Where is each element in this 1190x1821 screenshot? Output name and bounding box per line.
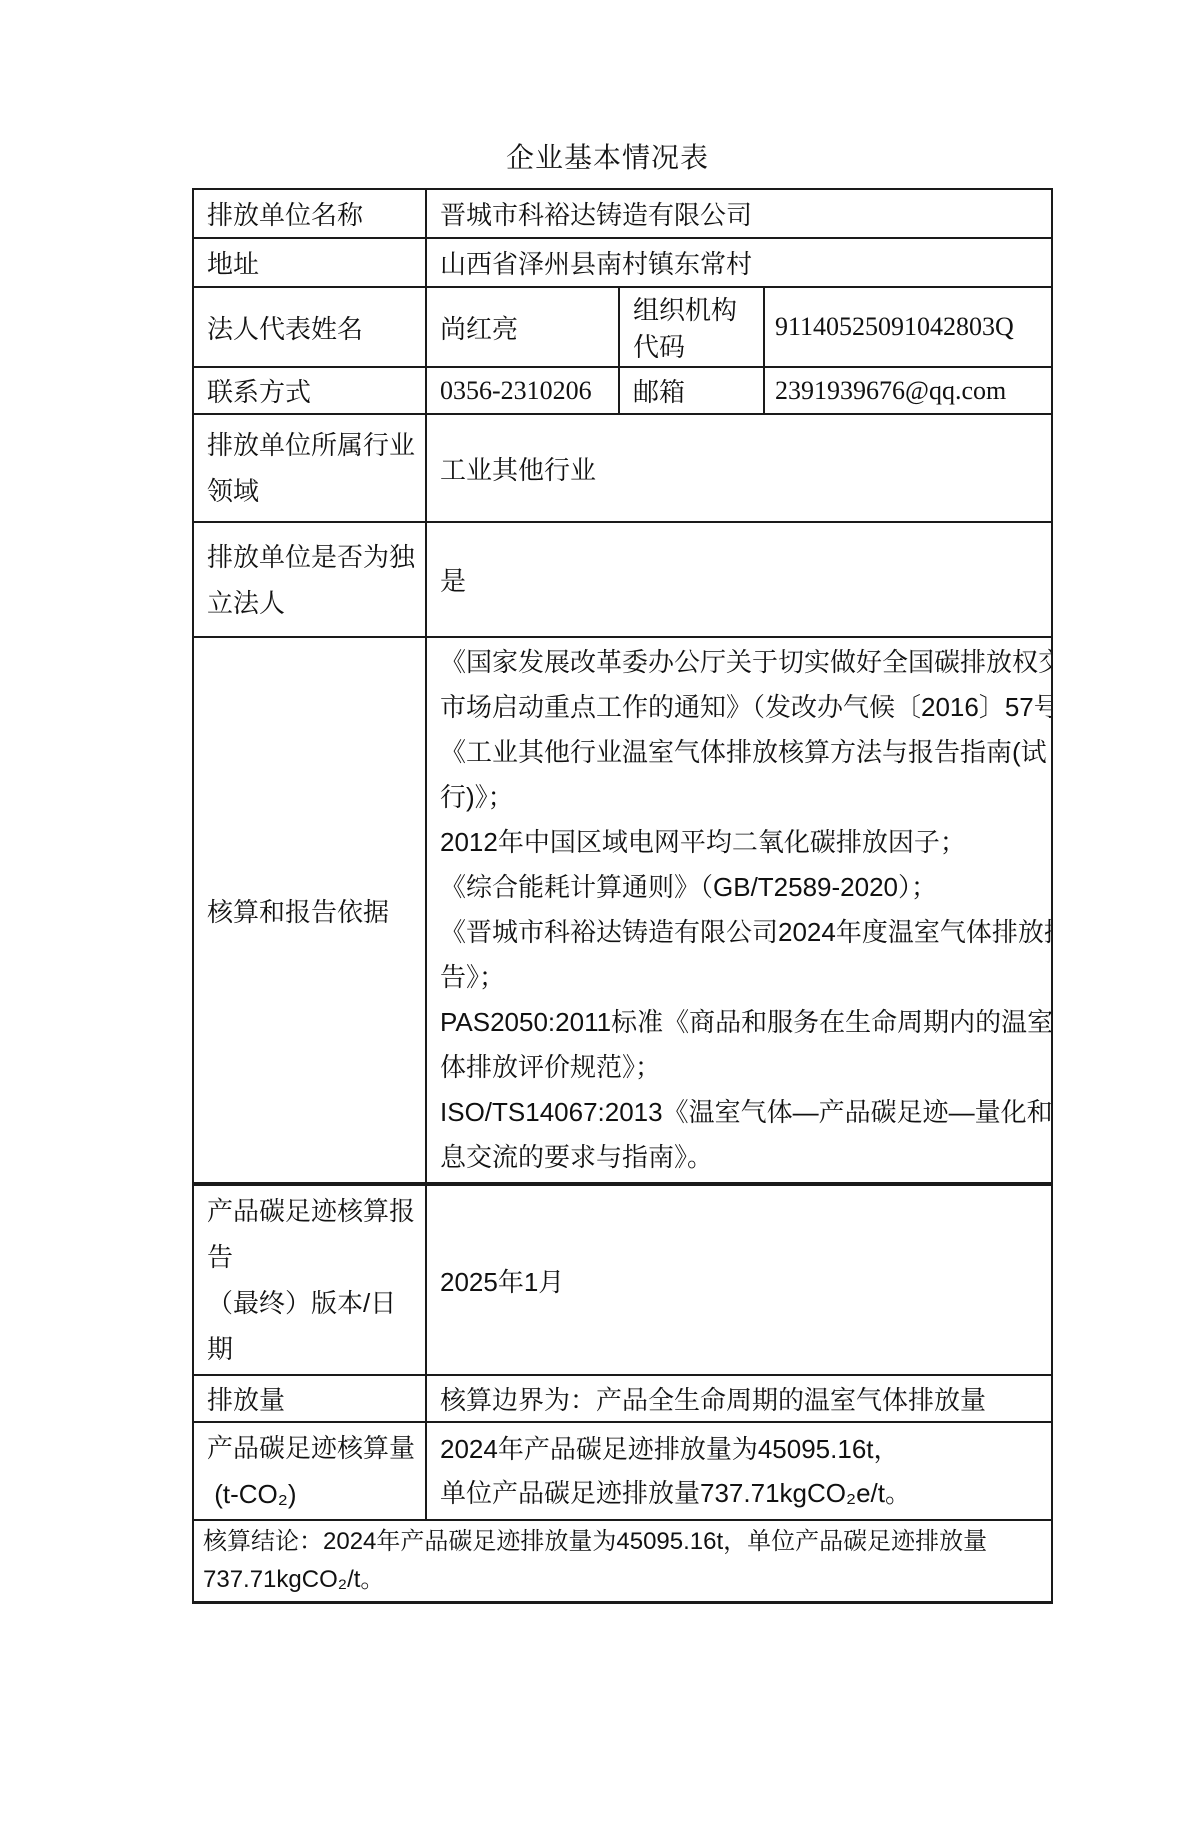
row-legal-rep: 法人代表姓名 尚红亮 组织机构代码 91140525091042803Q [193,287,1052,367]
org-code-value: 91140525091042803Q [764,287,1052,367]
emission-value: 核算边界为：产品全生命周期的温室气体排放量 [426,1375,1052,1422]
footprint-value-line2: 单位产品碳足迹排放量737.71kgCO₂e/t。 [440,1471,1043,1515]
report-version-label-line1: 产品碳足迹核算报告 [207,1188,417,1280]
industry-value: 工业其他行业 [426,414,1052,522]
basis-line: 《晋城市科裕达铸造有限公司2024年度温室气体排放报 [440,910,1043,955]
phone-value: 0356-2310206 [426,367,619,414]
basis-line: 行)》； [440,775,1043,820]
row-report-version: 产品碳足迹核算报告 （最终）版本/日期 2025年1月 [193,1184,1052,1375]
basis-line: PAS2050:2011标准《商品和服务在生命周期内的温室气 [440,1000,1043,1045]
page-title: 企业基本情况表 [178,138,1037,178]
industry-label-line1: 排放单位所属行业 [207,422,417,468]
row-accounting-basis: 核算和报告依据 《国家发展改革委办公厅关于切实做好全国碳排放权交易 市场启动重点… [193,637,1052,1184]
basis-value: 《国家发展改革委办公厅关于切实做好全国碳排放权交易 市场启动重点工作的通知》（发… [426,637,1052,1184]
basis-line: ISO/TS14067:2013《温室气体—产品碳足迹—量化和信 [440,1090,1043,1135]
conclusion-cell: 核算结论：2024年产品碳足迹排放量为45095.16t，单位产品碳足迹排放量 … [193,1520,1052,1603]
basis-line: 市场启动重点工作的通知》（发改办气候〔2016〕57号）； [440,685,1043,730]
row-emission: 排放量 核算边界为：产品全生命周期的温室气体排放量 [193,1375,1052,1422]
independent-value: 是 [426,522,1052,637]
email-label: 邮箱 [619,367,764,414]
org-code-label: 组织机构代码 [619,287,764,367]
address-value: 山西省泽州县南村镇东常村 [426,238,1052,287]
basis-line: 2012年中国区域电网平均二氧化碳排放因子； [440,820,1043,865]
conclusion-line1: 核算结论：2024年产品碳足迹排放量为45095.16t，单位产品碳足迹排放量 [203,1523,1043,1561]
footprint-value-line1: 2024年产品碳足迹排放量为45095.16t， [440,1427,1043,1471]
emission-label: 排放量 [193,1375,426,1422]
basis-line: 《综合能耗计算通则》（GB/T2589-2020）； [440,865,1043,910]
footprint-label: 产品碳足迹核算量 (t-CO₂) [193,1422,426,1520]
basis-line: 体排放评价规范》； [440,1045,1043,1090]
footprint-label-line2: (t-CO₂) [207,1471,417,1517]
basis-line: 《工业其他行业温室气体排放核算方法与报告指南(试 [440,730,1043,775]
industry-label: 排放单位所属行业 领域 [193,414,426,522]
footprint-value: 2024年产品碳足迹排放量为45095.16t， 单位产品碳足迹排放量737.7… [426,1422,1052,1520]
contact-label: 联系方式 [193,367,426,414]
row-independent-entity: 排放单位是否为独 立法人 是 [193,522,1052,637]
legal-rep-label: 法人代表姓名 [193,287,426,367]
report-version-value: 2025年1月 [426,1184,1052,1375]
conclusion-line2: 737.71kgCO₂/t。 [203,1561,1043,1599]
row-address: 地址 山西省泽州县南村镇东常村 [193,238,1052,287]
basis-line: 告》； [440,955,1043,1000]
enterprise-info-table: 排放单位名称 晋城市科裕达铸造有限公司 地址 山西省泽州县南村镇东常村 法人代表… [192,188,1053,1604]
row-footprint-amount: 产品碳足迹核算量 (t-CO₂) 2024年产品碳足迹排放量为45095.16t… [193,1422,1052,1520]
industry-label-line2: 领域 [207,468,417,514]
address-label: 地址 [193,238,426,287]
email-value: 2391939676@qq.com [764,367,1052,414]
row-industry: 排放单位所属行业 领域 工业其他行业 [193,414,1052,522]
row-unit-name: 排放单位名称 晋城市科裕达铸造有限公司 [193,189,1052,238]
independent-label: 排放单位是否为独 立法人 [193,522,426,637]
legal-rep-value: 尚红亮 [426,287,619,367]
basis-line: 《国家发展改革委办公厅关于切实做好全国碳排放权交易 [440,640,1043,685]
basis-label: 核算和报告依据 [193,637,426,1184]
row-conclusion: 核算结论：2024年产品碳足迹排放量为45095.16t，单位产品碳足迹排放量 … [193,1520,1052,1603]
unit-name-label: 排放单位名称 [193,189,426,238]
report-version-label-line2: （最终）版本/日期 [207,1280,417,1372]
independent-label-line2: 立法人 [207,580,417,626]
footprint-label-line1: 产品碳足迹核算量 [207,1425,417,1471]
report-version-label: 产品碳足迹核算报告 （最终）版本/日期 [193,1184,426,1375]
basis-line: 息交流的要求与指南》。 [440,1135,1043,1180]
row-contact: 联系方式 0356-2310206 邮箱 2391939676@qq.com [193,367,1052,414]
independent-label-line1: 排放单位是否为独 [207,534,417,580]
unit-name-value: 晋城市科裕达铸造有限公司 [426,189,1052,238]
